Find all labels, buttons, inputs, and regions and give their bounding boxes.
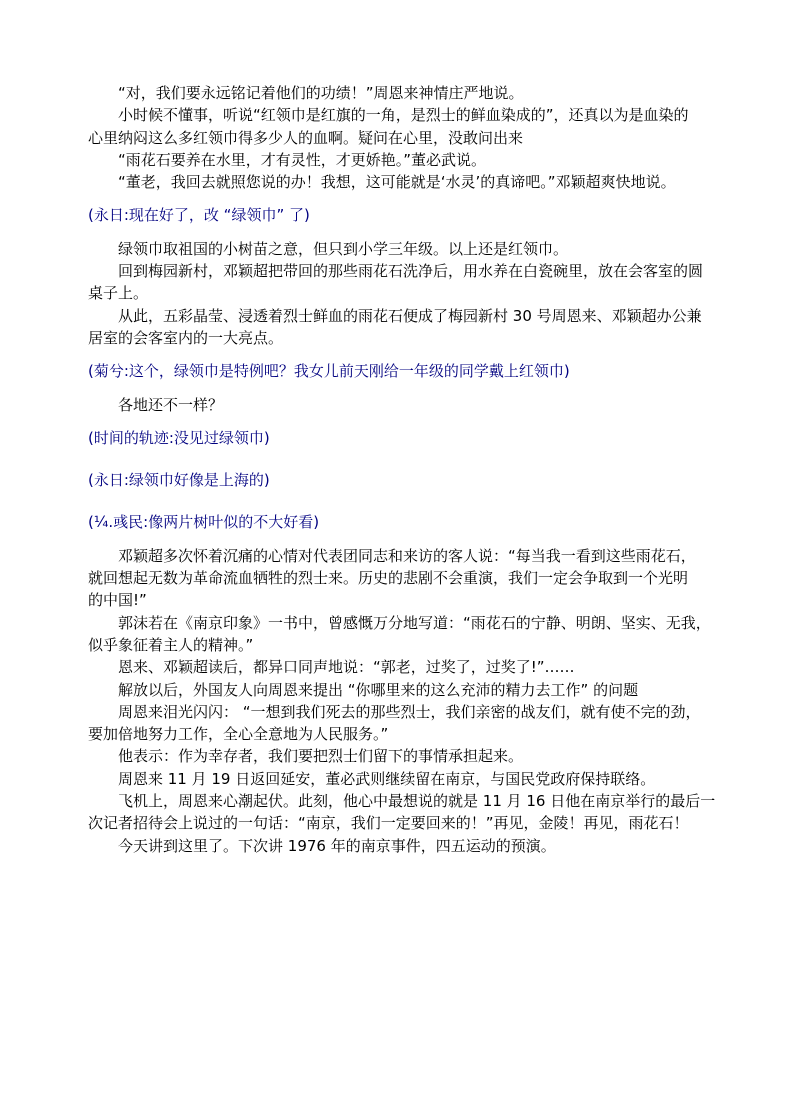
- text-line: 要加倍地努力工作，全心全意地为人民服务。”: [88, 723, 748, 745]
- comment-line: (¼.彧民:像两片树叶似的不大好看): [88, 511, 748, 533]
- text-line: “董老，我回去就照您说的办！我想，这可能就是‘水灵’的真谛吧。”邓颖超爽快地说。: [88, 171, 748, 193]
- text-line: 郭沫若在《南京印象》一书中，曾感慨万分地写道：“雨花石的宁静、明朗、坚实、无我，: [88, 612, 748, 634]
- text-line: 周恩来泪光闪闪： “一想到我们死去的那些烈士，我们亲密的战友们，就有使不完的劲，: [88, 701, 748, 723]
- text-line: 他表示：作为幸存者，我们要把烈士们留下的事情承担起来。: [88, 745, 748, 767]
- document-page: “对，我们要永远铭记着他们的功绩！”周恩来神情庄严地说。小时候不懂事，听说“红领…: [88, 82, 748, 857]
- text-line: 居室的会客室内的一大亮点。: [88, 327, 748, 349]
- text-line: “雨花石要养在水里，才有灵性，才更娇艳。”董必武说。: [88, 149, 748, 171]
- text-line: 小时候不懂事，听说“红领巾是红旗的一角，是烈士的鲜血染成的”，还真以为是血染的: [88, 104, 748, 126]
- comment-line: (时间的轨迹:没见过绿领巾): [88, 427, 748, 449]
- text-line: 恩来、邓颖超读后，都异口同声地说：“郭老，过奖了，过奖了!”……: [88, 656, 748, 678]
- text-line: 桌子上。: [88, 282, 748, 304]
- text-line: 回到梅园新村，邓颖超把带回的那些雨花石洗净后，用水养在白瓷碗里，放在会客室的圆: [88, 260, 748, 282]
- text-line: 次记者招待会上说过的一句话：“南京，我们一定要回来的！”再见，金陵！再见，雨花石…: [88, 812, 748, 834]
- text-line: 就回想起无数为革命流血牺牲的烈士来。历史的悲剧不会重演，我们一定会争取到一个光明: [88, 567, 748, 589]
- text-line: 似乎象征着主人的精神。”: [88, 634, 748, 656]
- text-line: 解放以后，外国友人向周恩来提出 “你哪里来的这么充沛的精力去工作” 的问题: [88, 679, 748, 701]
- text-line: 绿领巾取祖国的小树苗之意，但只到小学三年级。以上还是红领巾。: [88, 238, 748, 260]
- text-line: 飞机上，周恩来心潮起伏。此刻，他心中最想说的就是 11 月 16 日他在南京举行…: [88, 790, 748, 812]
- text-line: 的中国!”: [88, 589, 748, 611]
- comment-line: (菊兮:这个，绿领巾是特例吧？我女儿前天刚给一年级的同学戴上红领巾): [88, 360, 748, 382]
- text-line: 从此，五彩晶莹、浸透着烈士鲜血的雨花石便成了梅园新村 30 号周恩来、邓颖超办公…: [88, 305, 748, 327]
- text-line: 心里纳闷这么多红领巾得多少人的血啊。疑问在心里，没敢问出来: [88, 127, 748, 149]
- text-line: 周恩来 11 月 19 日返回延安，董必武则继续留在南京，与国民党政府保持联络。: [88, 768, 748, 790]
- comment-line: (永日:绿领巾好像是上海的): [88, 469, 748, 491]
- text-line: 邓颖超多次怀着沉痛的心情对代表团同志和来访的客人说：“每当我一看到这些雨花石，: [88, 545, 748, 567]
- text-line: 今天讲到这里了。下次讲 1976 年的南京事件，四五运动的预演。: [88, 835, 748, 857]
- comment-line: (永日:现在好了，改 “绿领巾” 了): [88, 204, 748, 226]
- text-line: “对，我们要永远铭记着他们的功绩！”周恩来神情庄严地说。: [88, 82, 748, 104]
- text-line: 各地还不一样？: [88, 394, 748, 416]
